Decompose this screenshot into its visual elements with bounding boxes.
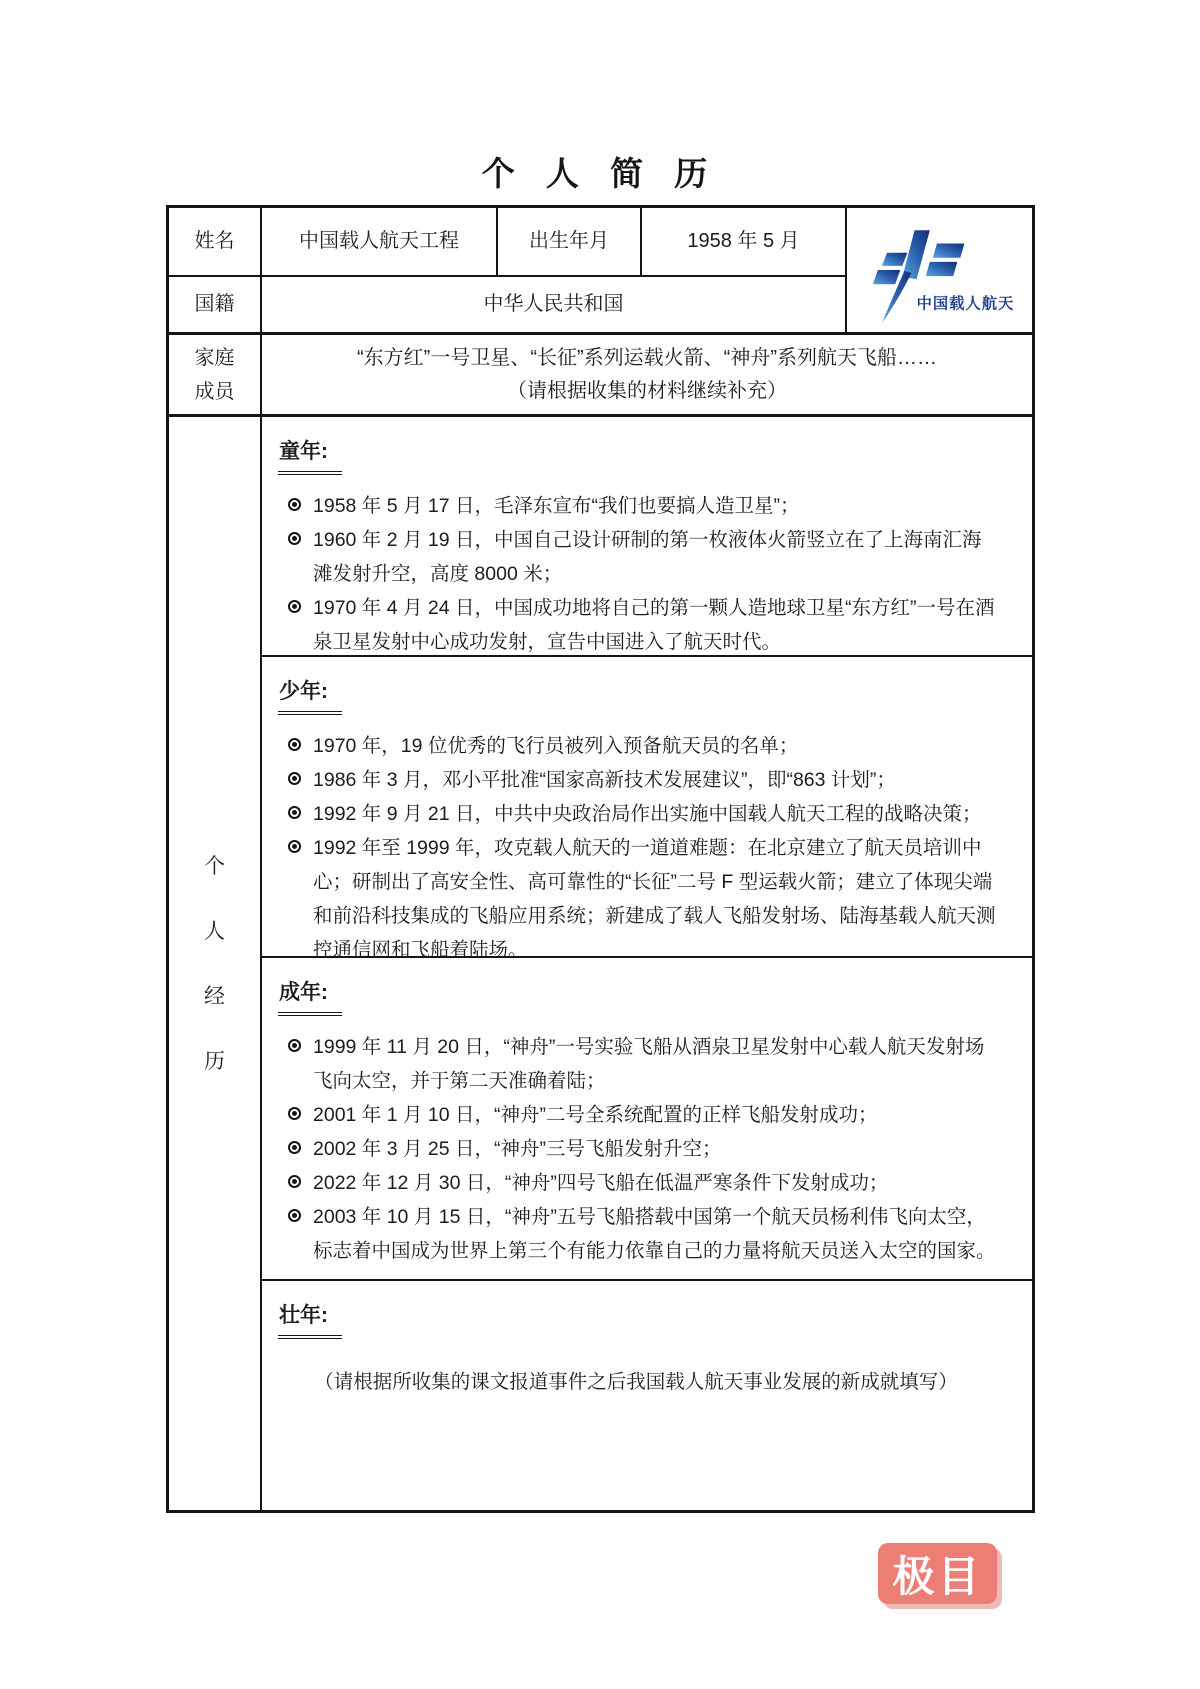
bullet-text: 1970 年 4 月 24 日，中国成功地将自己的第一颗人造地球卫星“东方红”一… (313, 591, 996, 657)
section-heading: 成年: (278, 976, 996, 1016)
bullet-text: 1970 年，19 位优秀的飞行员被列入预备航天员的名单； (313, 729, 996, 763)
bullet-list: 1970 年，19 位优秀的飞行员被列入预备航天员的名单； 1986 年 3 月… (276, 729, 996, 958)
list-item: 1958 年 5 月 17 日，毛泽东宣布“我们也要搞人造卫星”； (286, 489, 996, 523)
experience-content: 童年: 1958 年 5 月 17 日，毛泽东宣布“我们也要搞人造卫星”； 19… (262, 417, 1032, 1510)
section-heading-text: 少年: (278, 675, 342, 715)
bullet-text: 1992 年 9 月 21 日，中共中央政治局作出实施中国载人航天工程的战略决策… (313, 797, 996, 831)
fisheye-bullet-icon (288, 1175, 301, 1188)
section-heading-text: 童年: (278, 435, 342, 475)
family-label-text: 家庭成员 (192, 341, 238, 409)
fisheye-bullet-icon (288, 1107, 301, 1120)
logo-cell: 中国载人航天 (847, 208, 1032, 335)
bullet-list: 1999 年 11 月 20 日，“神舟”一号实验飞船从酒泉卫星发射中心载人航天… (276, 1030, 996, 1268)
jimu-watermark-badge: 极目 (878, 1543, 997, 1604)
fisheye-bullet-icon (288, 532, 301, 545)
section-heading: 少年: (278, 675, 996, 715)
section-childhood: 童年: 1958 年 5 月 17 日，毛泽东宣布“我们也要搞人造卫星”； 19… (262, 417, 1032, 657)
bullet-text: 2022 年 12 月 30 日，“神舟”四号飞船在低温严寒条件下发射成功； (313, 1166, 996, 1200)
china-manned-space-logo: 中国载人航天 (847, 208, 1032, 332)
fisheye-bullet-icon (288, 1209, 301, 1222)
bullet-text: 2002 年 3 月 25 日，“神舟”三号飞船发射升空； (313, 1132, 996, 1166)
family-line2: （请根据收集的材料继续补充） (507, 375, 787, 408)
experience-char: 个 (204, 850, 225, 883)
list-item: 1970 年 4 月 24 日，中国成功地将自己的第一颗人造地球卫星“东方红”一… (286, 591, 996, 657)
fisheye-bullet-icon (288, 772, 301, 785)
list-item: 2022 年 12 月 30 日，“神舟”四号飞船在低温严寒条件下发射成功； (286, 1166, 996, 1200)
fisheye-bullet-icon (288, 600, 301, 613)
list-item: 2003 年 10 月 15 日，“神舟”五号飞船搭载中国第一个航天员杨利伟飞向… (286, 1200, 996, 1268)
section-youth: 少年: 1970 年，19 位优秀的飞行员被列入预备航天员的名单； 1986 年… (262, 657, 1032, 958)
fisheye-bullet-icon (288, 498, 301, 511)
section-prime: 壮年: （请根据所收集的课文报道事件之后我国载人航天事业发展的新成就填写） (262, 1281, 1032, 1510)
birth-label: 出生年月 (498, 208, 642, 277)
section-heading-text: 壮年: (278, 1299, 342, 1339)
bullet-text: 2001 年 1 月 10 日，“神舟”二号全系统配置的正样飞船发射成功； (313, 1098, 996, 1132)
birth-value: 1958 年 5 月 (642, 208, 847, 277)
section-adulthood: 成年: 1999 年 11 月 20 日，“神舟”一号实验飞船从酒泉卫星发射中心… (262, 958, 1032, 1281)
bullet-text: 1986 年 3 月，邓小平批准“国家高新技术发展建议”，即“863 计划”； (313, 763, 996, 797)
fill-in-note: （请根据所收集的课文报道事件之后我国载人航天事业发展的新成就填写） (286, 1365, 986, 1399)
fisheye-bullet-icon (288, 840, 301, 853)
list-item: 1986 年 3 月，邓小平批准“国家高新技术发展建议”，即“863 计划”； (286, 763, 996, 797)
experience-label-vertical: 个 人 经 历 (204, 850, 225, 1078)
list-item: 1960 年 2 月 19 日，中国自己设计研制的第一枚液体火箭竖立在了上海南汇… (286, 523, 996, 591)
experience-char: 人 (204, 915, 225, 948)
bullet-text: 1992 年至 1999 年，攻克载人航天的一道道难题：在北京建立了航天员培训中… (313, 831, 996, 958)
list-item: 2002 年 3 月 25 日，“神舟”三号飞船发射升空； (286, 1132, 996, 1166)
bullet-text: 1960 年 2 月 19 日，中国自己设计研制的第一枚液体火箭竖立在了上海南汇… (313, 523, 996, 591)
list-item: 2001 年 1 月 10 日，“神舟”二号全系统配置的正样飞船发射成功； (286, 1098, 996, 1132)
list-item: 1992 年至 1999 年，攻克载人航天的一道道难题：在北京建立了航天员培训中… (286, 831, 996, 958)
list-item: 1992 年 9 月 21 日，中共中央政治局作出实施中国载人航天工程的战略决策… (286, 797, 996, 831)
bullet-text: 2003 年 10 月 15 日，“神舟”五号飞船搭载中国第一个航天员杨利伟飞向… (313, 1200, 996, 1268)
page-title: 个 人 简 历 (0, 148, 1200, 195)
resume-table: 姓名 中国载人航天工程 出生年月 1958 年 5 月 (166, 205, 1035, 1513)
list-item: 1999 年 11 月 20 日，“神舟”一号实验飞船从酒泉卫星发射中心载人航天… (286, 1030, 996, 1098)
fisheye-bullet-icon (288, 806, 301, 819)
bullet-text: 1958 年 5 月 17 日，毛泽东宣布“我们也要搞人造卫星”； (313, 489, 996, 523)
resume-document: 个 人 简 历 姓名 中国载人航天工程 出生年月 1958 年 5 月 (0, 0, 1200, 1689)
nationality-label: 国籍 (169, 277, 262, 335)
section-heading: 童年: (278, 435, 996, 475)
fisheye-bullet-icon (288, 1039, 301, 1052)
fisheye-bullet-icon (288, 1141, 301, 1154)
list-item: 1970 年，19 位优秀的飞行员被列入预备航天员的名单； (286, 729, 996, 763)
experience-label: 个 人 经 历 (169, 417, 262, 1510)
name-label: 姓名 (169, 208, 262, 277)
rocket-emblem-icon: 中国载人航天 (856, 214, 1024, 326)
section-heading-text: 成年: (278, 976, 342, 1016)
nationality-value: 中华人民共和国 (262, 277, 847, 335)
bullet-list: 1958 年 5 月 17 日，毛泽东宣布“我们也要搞人造卫星”； 1960 年… (276, 489, 996, 657)
name-value: 中国载人航天工程 (262, 208, 498, 277)
family-label: 家庭成员 (169, 335, 262, 417)
bullet-text: 1999 年 11 月 20 日，“神舟”一号实验飞船从酒泉卫星发射中心载人航天… (313, 1030, 996, 1098)
family-value: “东方红”一号卫星、“长征”系列运载火箭、“神舟”系列航天飞船…… （请根据收集… (262, 335, 1032, 417)
experience-char: 经 (204, 980, 225, 1013)
section-heading: 壮年: (278, 1299, 996, 1339)
logo-text: 中国载人航天 (916, 295, 1014, 313)
fisheye-bullet-icon (288, 738, 301, 751)
experience-char: 历 (204, 1045, 225, 1078)
family-line1: “东方红”一号卫星、“长征”系列运载火箭、“神舟”系列航天飞船…… (357, 342, 937, 375)
